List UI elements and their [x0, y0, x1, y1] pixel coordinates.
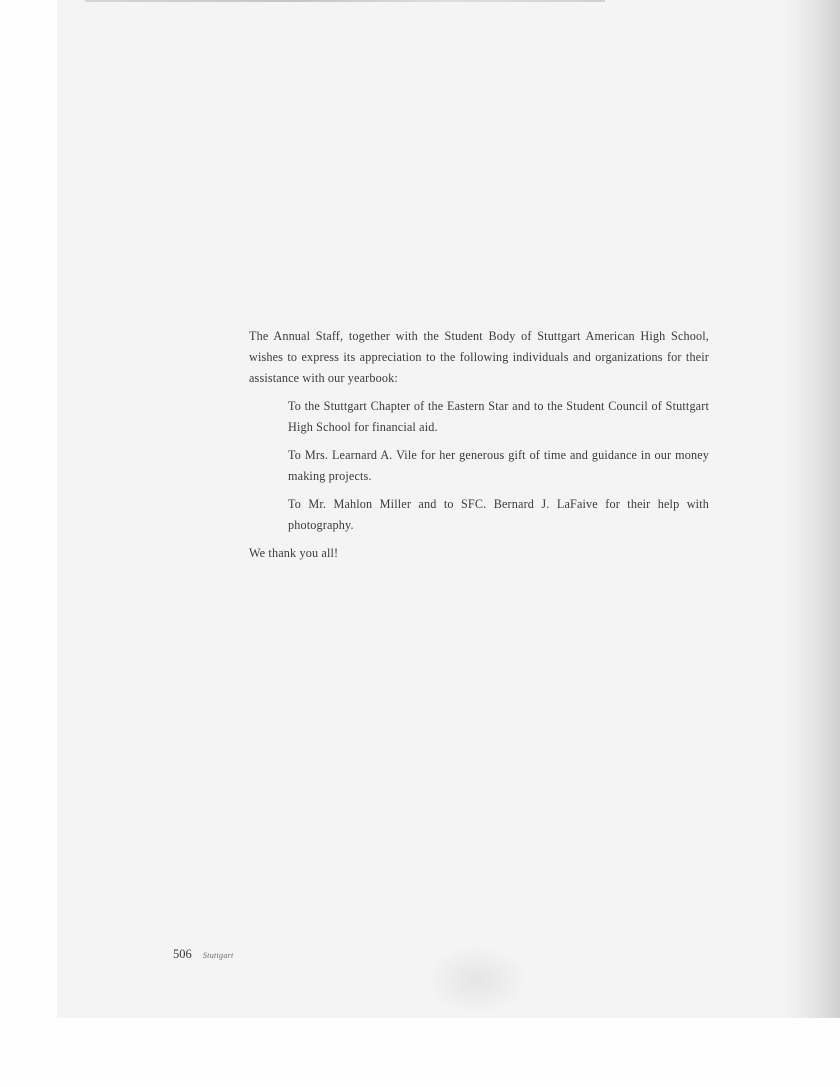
- closing-line: We thank you all!: [249, 543, 709, 564]
- acknowledgement-item: To the Stuttgart Chapter of the Eastern …: [288, 396, 709, 438]
- acknowledgement-item: To Mrs. Learnard A. Vile for her generou…: [288, 445, 709, 487]
- acknowledgement-list: To the Stuttgart Chapter of the Eastern …: [249, 396, 709, 536]
- binding-shadow: [785, 0, 840, 1018]
- intro-paragraph: The Annual Staff, together with the Stud…: [249, 326, 709, 389]
- acknowledgements-section: The Annual Staff, together with the Stud…: [249, 326, 709, 564]
- publication-name: Stuttgart: [203, 951, 234, 960]
- page-top-edge: [85, 0, 605, 2]
- acknowledgement-item: To Mr. Mahlon Miller and to SFC. Bernard…: [288, 494, 709, 536]
- page-number: 506: [173, 947, 192, 961]
- page-footer: 506 Stuttgart: [173, 947, 234, 962]
- bleed-through-mark: [427, 945, 527, 1015]
